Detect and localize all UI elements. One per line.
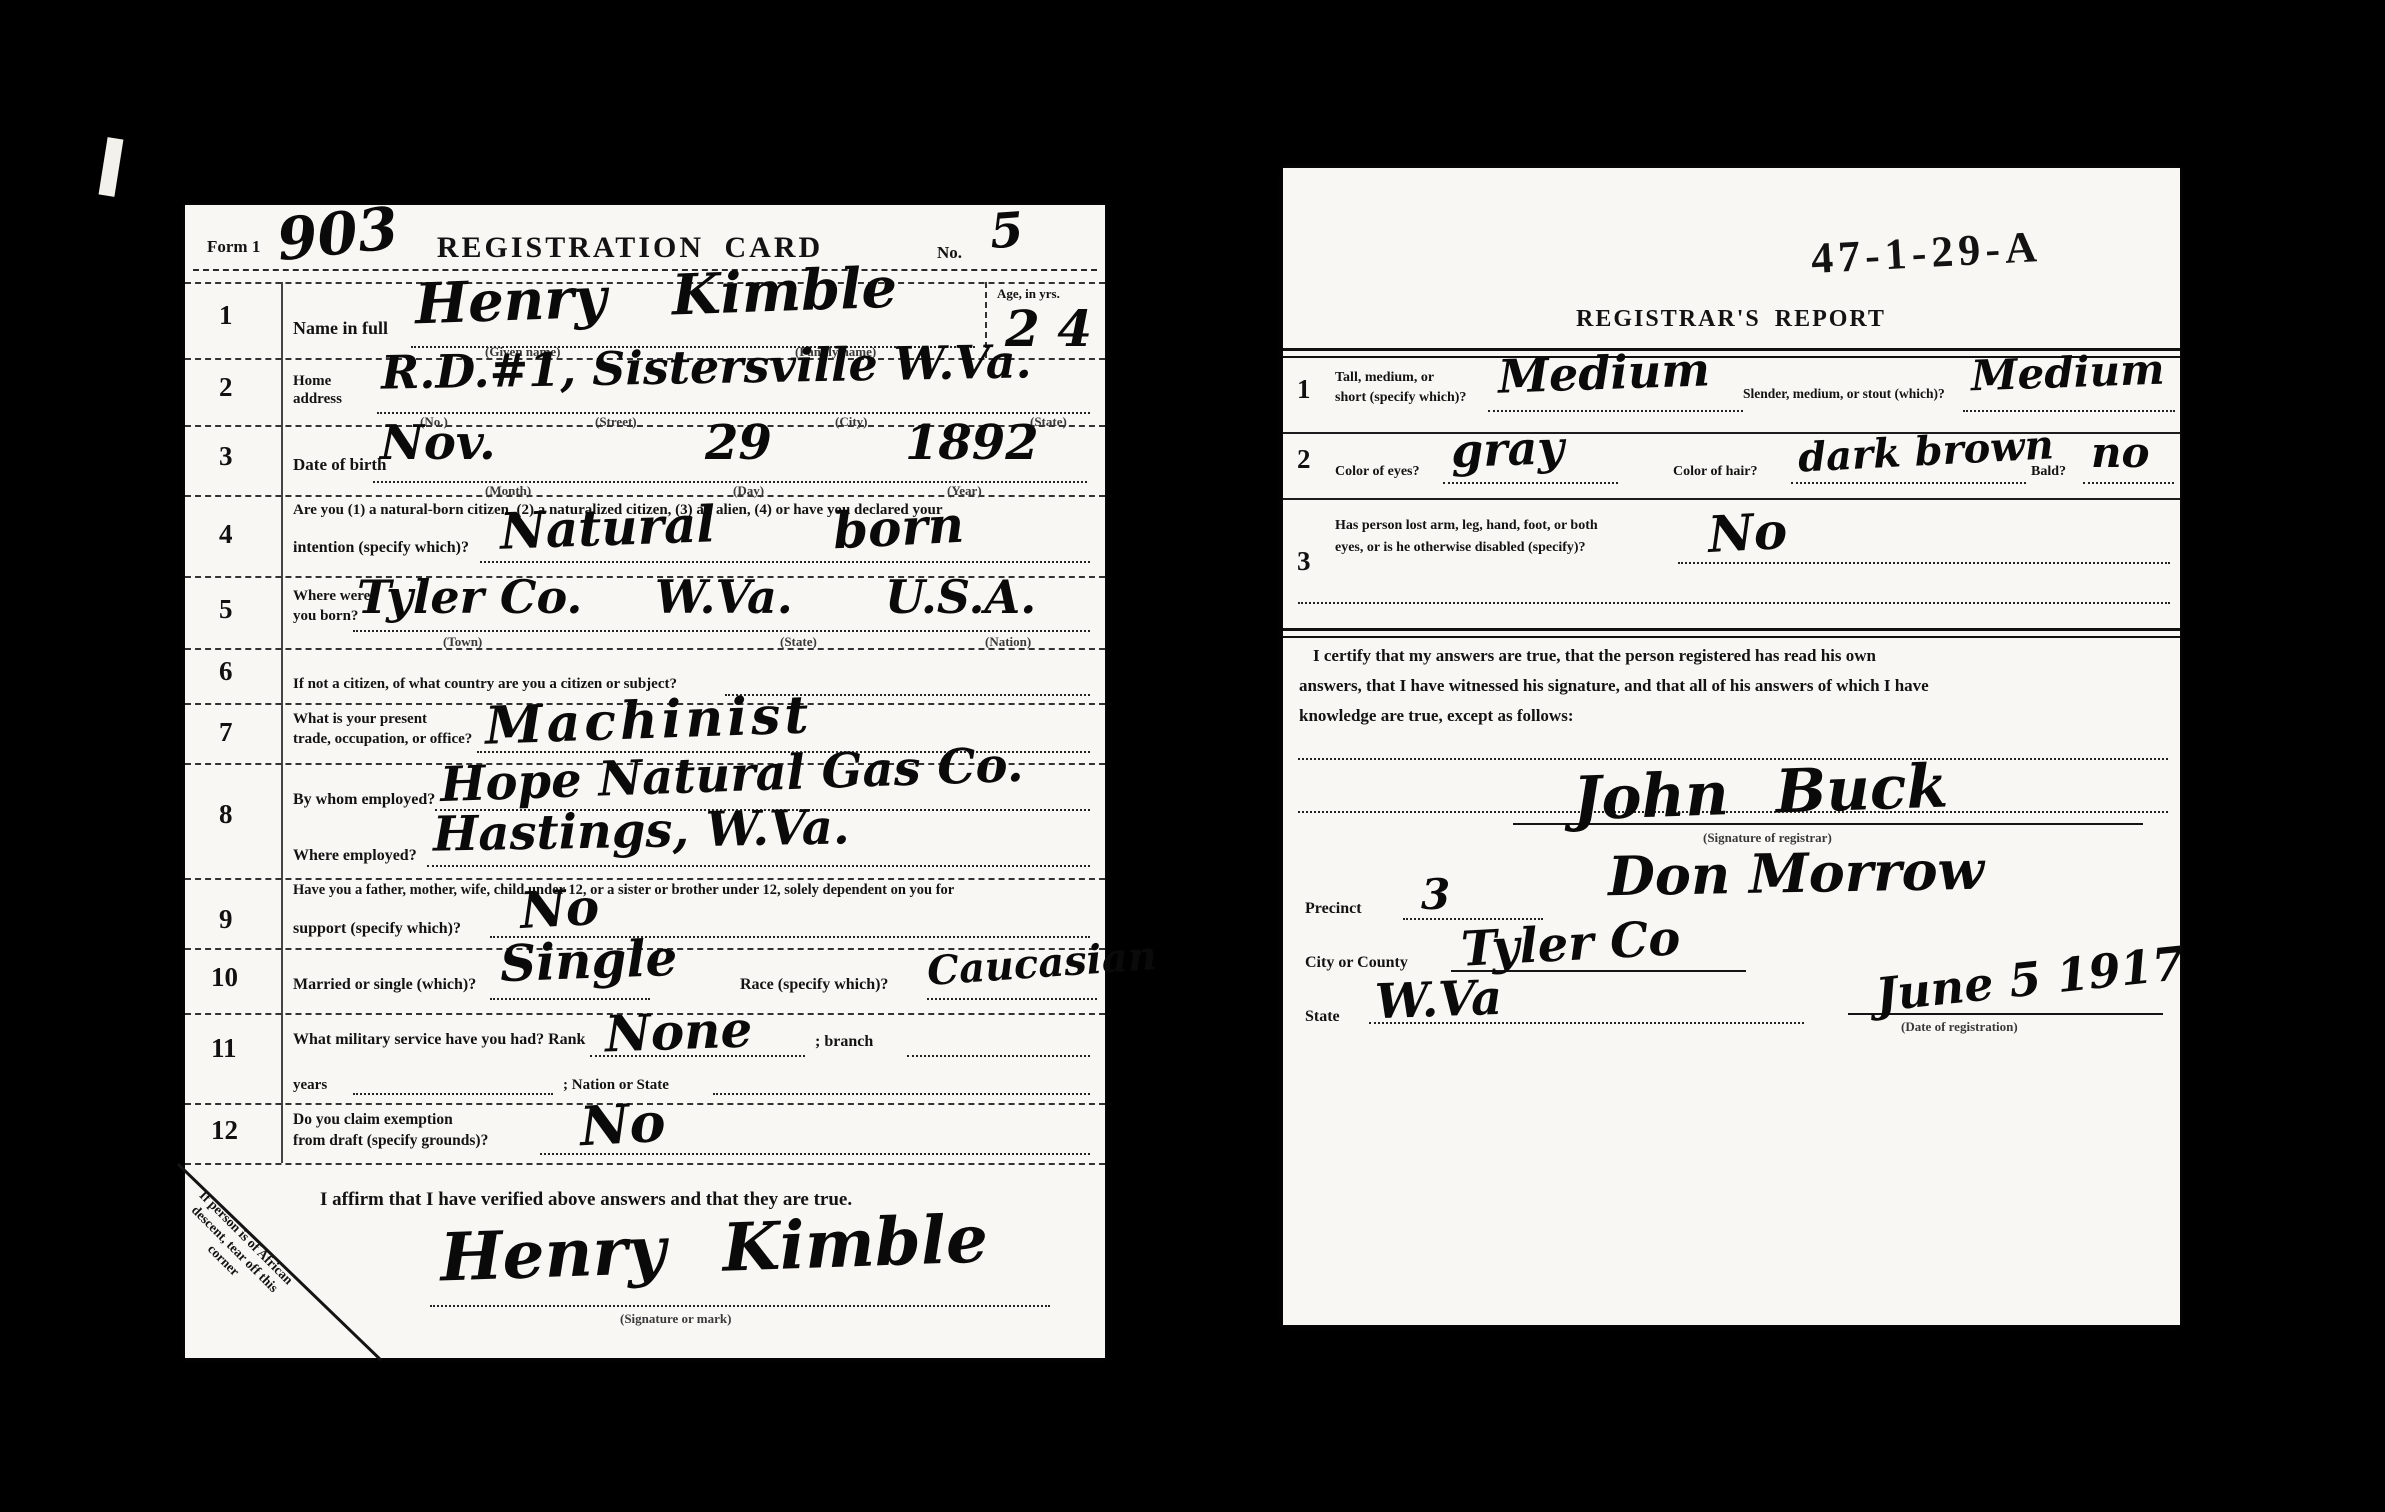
- years-underline: [353, 1093, 553, 1095]
- row-number: 6: [219, 656, 233, 687]
- report-title: REGISTRAR'S REPORT: [1451, 306, 2011, 334]
- build-value: Medium: [1970, 349, 2165, 398]
- height-value: Medium: [1497, 346, 1710, 399]
- born-nation-value: U.S.A.: [885, 574, 1036, 620]
- height-label-line2: short (specify which)?: [1335, 390, 1466, 406]
- row-number: 11: [211, 1033, 237, 1064]
- occupation-label-line2: trade, occupation, or office?: [293, 731, 472, 748]
- registrant-signature: Henry Kimble: [439, 1205, 989, 1290]
- row-number: 2: [219, 372, 233, 403]
- row-number: 12: [211, 1115, 238, 1146]
- eyes-value: gray: [1450, 424, 1564, 474]
- registration-date-value: June 5 1917: [1873, 940, 2186, 1018]
- bald-value: no: [2091, 432, 2150, 474]
- stamp-number: 47-1-29-A: [1810, 222, 2043, 285]
- by-whom-employed-label: By whom employed?: [293, 791, 435, 809]
- citizenship-value-2: born: [832, 500, 965, 557]
- where-born-underline: [353, 630, 1090, 632]
- dob-day-value: 29: [705, 419, 772, 467]
- row-number: 3: [1297, 546, 1311, 577]
- citizenship-value-1: Natural: [499, 499, 716, 556]
- name-value: Henry Kimble: [414, 260, 898, 333]
- state-label: State: [1305, 1008, 1340, 1026]
- where-employed-label: Where employed?: [293, 847, 417, 865]
- row-eyes-hair: 2 Color of eyes? gray Color of hair? dar…: [1283, 432, 2180, 500]
- form-label: Form 1: [207, 237, 260, 257]
- city-county-value: Tyler Co: [1460, 914, 1682, 973]
- married-single-value: Single: [499, 933, 678, 989]
- address-underline: [377, 412, 1090, 414]
- dob-underline: [373, 481, 1087, 483]
- row-number: 3: [219, 441, 233, 472]
- citizenship-question-line2: intention (specify which)?: [293, 539, 469, 557]
- disability-label-line1: Has person lost arm, leg, hand, foot, or…: [1335, 518, 1598, 534]
- military-rank-value: None: [604, 1004, 753, 1059]
- precinct-label: Precinct: [1305, 900, 1362, 918]
- row-exemption: 12 Do you claim exemption from draft (sp…: [185, 1103, 1105, 1165]
- registrars-report-card: 47-1-29-A REGISTRAR'S REPORT 1 Tall, med…: [1283, 168, 2180, 1325]
- exemption-value: No: [579, 1095, 667, 1153]
- home-address-value: R.D.#1, Sistersville W.Va.: [381, 338, 1032, 395]
- scanned-document-page: Form 1 903 REGISTRATION CARD No. 5 1 Nam…: [0, 0, 2385, 1512]
- dependents-value: No: [519, 882, 601, 936]
- branch-label: ; branch: [815, 1033, 873, 1051]
- build-label: Slender, medium, or stout (which)?: [1743, 386, 1945, 402]
- second-registrar-signature: Don Morrow: [1608, 843, 1985, 904]
- disability-extra-line: [1298, 602, 2170, 604]
- row-citizenship: 4 Are you (1) a natural-born citizen, (2…: [185, 495, 1105, 578]
- certification-line1: I certify that my answers are true, that…: [1313, 646, 1876, 666]
- citizenship-underline: [480, 561, 1090, 563]
- race-underline: [927, 998, 1097, 1000]
- registrar-signature: John Buck: [1572, 756, 1949, 829]
- form-number-handwritten: 903: [274, 199, 400, 269]
- disability-underline: [1678, 562, 2170, 564]
- registration-date-hint: (Date of registration): [1901, 1019, 2018, 1035]
- city-county-label: City or County: [1305, 954, 1408, 972]
- row-number: 4: [219, 519, 233, 550]
- hair-underline: [1791, 482, 2026, 484]
- row-disability: 3 Has person lost arm, leg, hand, foot, …: [1283, 498, 2180, 630]
- dependents-question-line1: Have you a father, mother, wife, child u…: [293, 882, 954, 899]
- eyes-underline: [1443, 482, 1618, 484]
- race-label: Race (specify which)?: [740, 976, 888, 994]
- row-number: 7: [219, 717, 233, 748]
- born-state-value: W.Va.: [655, 574, 793, 620]
- row-where-born: 5 Where were you born? Tyler Co. W.Va. U…: [185, 576, 1105, 650]
- row-number: 8: [219, 799, 233, 830]
- bald-underline: [2083, 482, 2174, 484]
- section-rule: [1283, 628, 2180, 638]
- signature-hint: (Signature or mark): [620, 1311, 731, 1327]
- row-number: 2: [1297, 444, 1311, 475]
- married-single-label: Married or single (which)?: [293, 976, 476, 994]
- occupation-value: Machinist: [484, 689, 813, 752]
- row-number: 1: [219, 300, 233, 331]
- years-label: years: [293, 1077, 327, 1094]
- state-value: W.Va: [1374, 974, 1503, 1026]
- height-underline: [1488, 410, 1743, 412]
- born-town-value: Tyler Co.: [357, 574, 582, 620]
- eyes-label: Color of eyes?: [1335, 464, 1420, 480]
- home-address-label: Home address: [293, 372, 375, 408]
- where-born-label-line2: you born?: [293, 608, 358, 625]
- dob-label: Date of birth: [293, 455, 386, 475]
- row-number: 1: [1297, 374, 1311, 405]
- certification-line3: knowledge are true, except as follows:: [1299, 706, 1573, 726]
- paper-edge-fragment: [99, 137, 124, 197]
- serial-number-handwritten: 5: [988, 206, 1025, 256]
- exemption-label-line2: from draft (specify grounds)?: [293, 1132, 488, 1150]
- nation-underline: [713, 1093, 1090, 1095]
- name-label: Name in full: [293, 318, 388, 339]
- occupation-label-line1: What is your present: [293, 711, 427, 728]
- no-label: No.: [937, 243, 962, 263]
- row-date-of-birth: 3 Date of birth Nov. 29 1892 (Month) (Da…: [185, 425, 1105, 497]
- disability-value: No: [1707, 506, 1789, 560]
- dob-year-value: 1892: [905, 419, 1039, 467]
- affirmation-block: I affirm that I have verified above answ…: [185, 1163, 1105, 1360]
- row-number: 5: [219, 594, 233, 625]
- row-number: 9: [219, 904, 233, 935]
- precinct-value: 3: [1421, 874, 1450, 916]
- hair-label: Color of hair?: [1673, 464, 1758, 480]
- exemption-label-line1: Do you claim exemption: [293, 1111, 453, 1129]
- branch-underline: [907, 1055, 1090, 1057]
- signature-underline: [430, 1305, 1050, 1307]
- military-service-label: What military service have you had? Rank: [293, 1031, 585, 1049]
- height-label-line1: Tall, medium, or: [1335, 370, 1434, 386]
- dependents-question-line2: support (specify which)?: [293, 920, 461, 938]
- dob-month-value: Nov.: [380, 419, 496, 467]
- row-number: 10: [211, 962, 238, 993]
- married-underline: [490, 998, 650, 1000]
- employed-place-value: Hastings, W.Va.: [433, 803, 850, 858]
- build-underline: [1963, 410, 2175, 412]
- employed-place-underline: [427, 865, 1090, 867]
- registration-card: Form 1 903 REGISTRATION CARD No. 5 1 Nam…: [185, 205, 1105, 1358]
- certification-line2: answers, that I have witnessed his signa…: [1299, 676, 1929, 696]
- row-employer: 8 By whom employed? Hope Natural Gas Co.…: [185, 763, 1105, 880]
- hair-value: dark brown: [1797, 425, 2055, 478]
- disability-label-line2: eyes, or is he otherwise disabled (speci…: [1335, 540, 1586, 556]
